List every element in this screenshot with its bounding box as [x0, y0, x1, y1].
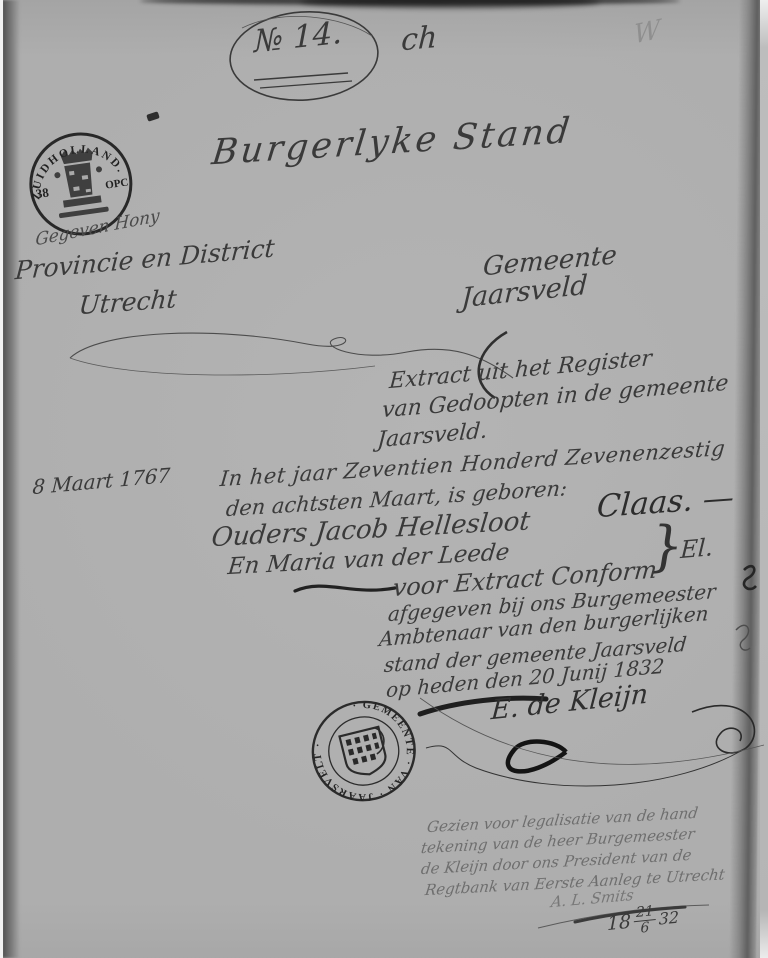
document-title: Burgerlyke Stand: [210, 114, 574, 171]
signature-flourish: [414, 688, 768, 813]
scan-background-right: [760, 0, 768, 958]
extract-header-line-3: Jaarsveld.: [376, 420, 488, 452]
ink-speck: [146, 111, 160, 121]
margin-date: 8 Maart 1767: [32, 465, 171, 497]
scan-background-left: [0, 0, 3, 958]
date-year-prefix: 18: [607, 913, 631, 935]
pencil-corner-mark: W: [634, 16, 660, 48]
stamp-ring-text: · GEMEENTE · VAN · JAARSVELT ·: [302, 689, 426, 813]
lead-in-stroke: [293, 576, 397, 602]
date-year-suffix: 32: [659, 909, 679, 927]
page-edge-left: [2, 0, 20, 958]
stamp-value-right: OPC: [104, 176, 129, 191]
svg-text:· GEMEENTE · VAN · JAARSVELT ·: · GEMEENTE · VAN · JAARSVELT ·: [302, 689, 426, 813]
province-name: Utrecht: [78, 286, 178, 318]
municipality-name: Jaarsveld: [461, 272, 589, 313]
date-fraction: 21 6: [634, 905, 656, 937]
brace-note: El.: [680, 535, 714, 562]
legalization-date: 18 21 6 32: [607, 902, 679, 939]
page-number: № 14.: [254, 18, 342, 58]
scanned-document: № 14. ch W ZUIDHOLLAND. 38 OPC Gegeven H…: [0, 0, 768, 958]
edge-ink-marks: [732, 556, 766, 676]
stamp-value-left: 38: [35, 185, 50, 202]
stamp-shield: [340, 726, 392, 779]
date-month: 6: [634, 920, 656, 937]
clerk-check-mark: ch: [400, 23, 438, 56]
